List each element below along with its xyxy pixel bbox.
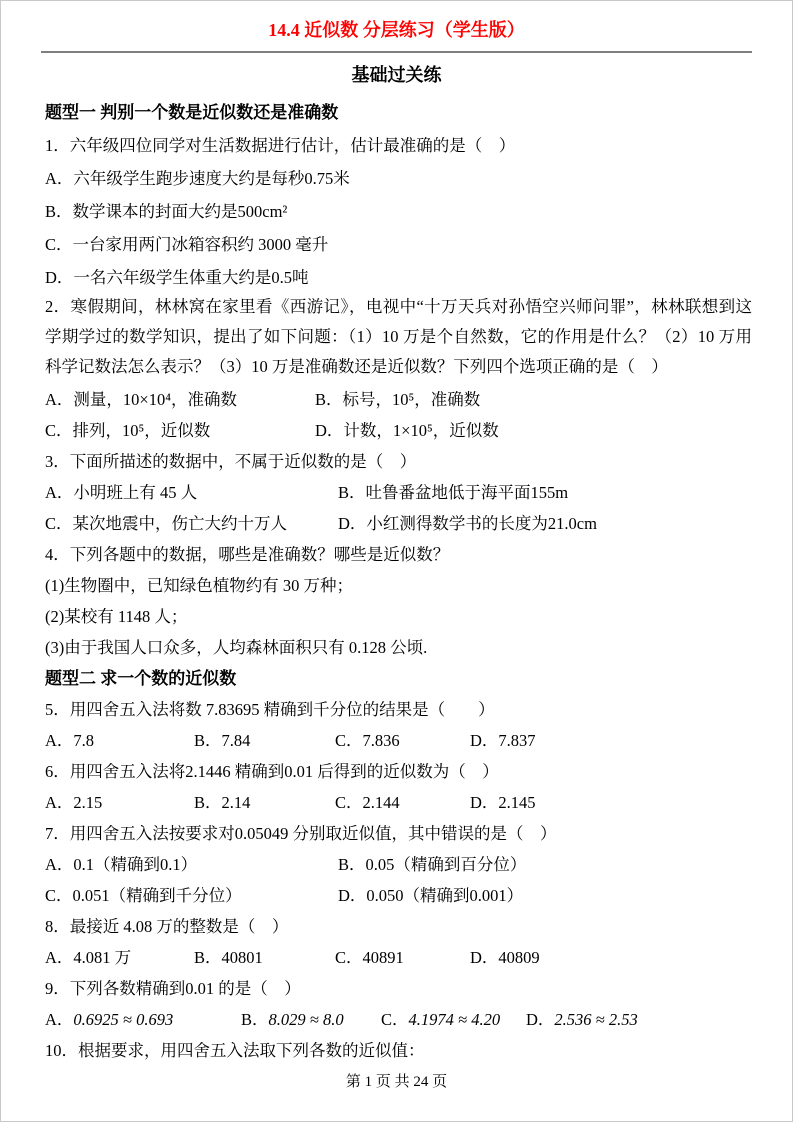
- q9-option-d: D．2.536 ≈ 2.53: [526, 1006, 752, 1030]
- q8-option-d: D．40809: [470, 944, 752, 968]
- q3-option-a: A．小明班上有 45 人: [45, 479, 338, 503]
- q6-option-c: C．2.144: [335, 789, 470, 813]
- topic2-heading: 题型二 求一个数的近似数: [45, 661, 752, 692]
- q9-option-b-label: B．: [241, 1010, 269, 1029]
- doc-title: 14.4 近似数 分层练习（学生版）: [1, 17, 792, 43]
- q2-options-row-1: A．测量，10×10⁴，准确数 B．标号，10⁵，准确数: [45, 382, 752, 413]
- q9-option-a-value: 0.6925 ≈ 0.693: [73, 1010, 173, 1029]
- q2-option-d: D．计数，1×10⁵，近似数: [315, 417, 752, 441]
- section-heading: 基础过关练: [1, 62, 792, 88]
- q5-options-row: A．7.8 B．7.84 C．7.836 D．7.837: [45, 723, 752, 754]
- q5-option-a: A．7.8: [45, 727, 194, 751]
- q3-options-row-1: A．小明班上有 45 人 B．吐鲁番盆地低于海平面155m: [45, 475, 752, 506]
- q9-option-c: C．4.1974 ≈ 4.20: [381, 1006, 526, 1030]
- q8-option-a: A．4.081 万: [45, 944, 194, 968]
- q10-stem: 10．根据要求，用四舍五入法取下列各数的近似值：: [45, 1033, 752, 1064]
- q7-option-b: B．0.05（精确到百分位）: [338, 851, 752, 875]
- q9-stem: 9．下列各数精确到0.01 的是（ ）: [45, 971, 752, 1002]
- q5-option-d: D．7.837: [470, 727, 752, 751]
- q1-option-d: D．一名六年级学生体重大约是0.5吨: [45, 259, 752, 292]
- q2-option-c: C．排列，10⁵，近似数: [45, 417, 315, 441]
- q3-option-d: D．小红测得数学书的长度为21.0cm: [338, 510, 752, 534]
- q4-part-3: (3)由于我国人口众多，人均森林面积只有 0.128 公顷.: [45, 630, 752, 661]
- q3-option-c: C．某次地震中，伤亡大约十万人: [45, 510, 338, 534]
- q2-stem: 2．寒假期间，林林窝在家里看《西游记》，电视中“十万天兵对孙悟空兴师问罪”，林林…: [45, 292, 752, 382]
- topic1-heading: 题型一 判别一个数是近似数还是准确数: [45, 94, 752, 127]
- q5-stem: 5．用四舍五入法将数 7.83695 精确到千分位的结果是（ ）: [45, 692, 752, 723]
- q6-options-row: A．2.15 B．2.14 C．2.144 D．2.145: [45, 785, 752, 816]
- q3-stem: 3．下面所描述的数据中，不属于近似数的是（ ）: [45, 444, 752, 475]
- q4-stem: 4．下列各题中的数据，哪些是准确数？哪些是近似数？: [45, 537, 752, 568]
- q1-stem: 1．六年级四位同学对生活数据进行估计，估计最准确的是（ ）: [45, 127, 752, 160]
- q1-option-c: C．一台家用两门冰箱容积约 3000 毫升: [45, 226, 752, 259]
- q3-option-b: B．吐鲁番盆地低于海平面155m: [338, 479, 752, 503]
- q4-part-1: (1)生物圈中，已知绿色植物约有 30 万种；: [45, 568, 752, 599]
- q7-stem: 7．用四舍五入法按要求对0.05049 分别取近似值，其中错误的是（ ）: [45, 816, 752, 847]
- q7-option-a: A．0.1（精确到0.1）: [45, 851, 338, 875]
- q8-stem: 8．最接近 4.08 万的整数是（ ）: [45, 909, 752, 940]
- q7-options-row-2: C．0.051（精确到千分位） D．0.050（精确到0.001）: [45, 878, 752, 909]
- worksheet-page: 14.4 近似数 分层练习（学生版） 基础过关练 题型一 判别一个数是近似数还是…: [0, 0, 793, 1122]
- q9-options-row: A．0.6925 ≈ 0.693 B．8.029 ≈ 8.0 C．4.1974 …: [45, 1002, 752, 1033]
- q9-option-a-label: A．: [45, 1010, 73, 1029]
- q6-option-b: B．2.14: [194, 789, 335, 813]
- q9-option-d-label: D．: [526, 1010, 554, 1029]
- q7-option-d: D．0.050（精确到0.001）: [338, 882, 752, 906]
- q6-option-a: A．2.15: [45, 789, 194, 813]
- page-footer: 第 1 页 共 24 页: [1, 1070, 792, 1091]
- q8-option-b: B．40801: [194, 944, 335, 968]
- q8-option-c: C．40891: [335, 944, 470, 968]
- q2-option-b: B．标号，10⁵，准确数: [315, 386, 752, 410]
- q9-option-a: A．0.6925 ≈ 0.693: [45, 1006, 241, 1030]
- q9-option-b: B．8.029 ≈ 8.0: [241, 1006, 381, 1030]
- q5-option-c: C．7.836: [335, 727, 470, 751]
- q8-options-row: A．4.081 万 B．40801 C．40891 D．40809: [45, 940, 752, 971]
- q6-stem: 6．用四舍五入法将2.1446 精确到0.01 后得到的近似数为（ ）: [45, 754, 752, 785]
- q3-options-row-2: C．某次地震中，伤亡大约十万人 D．小红测得数学书的长度为21.0cm: [45, 506, 752, 537]
- q9-option-c-label: C．: [381, 1010, 409, 1029]
- worksheet-content: 题型一 判别一个数是近似数还是准确数 1．六年级四位同学对生活数据进行估计，估计…: [1, 88, 792, 1064]
- q1-option-a: A．六年级学生跑步速度大约是每秒0.75米: [45, 160, 752, 193]
- q7-options-row-1: A．0.1（精确到0.1） B．0.05（精确到百分位）: [45, 847, 752, 878]
- q6-option-d: D．2.145: [470, 789, 752, 813]
- q4-part-2: (2)某校有 1148 人；: [45, 599, 752, 630]
- q2-option-a: A．测量，10×10⁴，准确数: [45, 386, 315, 410]
- q9-option-d-value: 2.536 ≈ 2.53: [554, 1010, 637, 1029]
- q5-option-b: B．7.84: [194, 727, 335, 751]
- q1-option-b: B．数学课本的封面大约是500cm²: [45, 193, 752, 226]
- q7-option-c: C．0.051（精确到千分位）: [45, 882, 338, 906]
- q9-option-c-value: 4.1974 ≈ 4.20: [409, 1010, 501, 1029]
- q9-option-b-value: 8.029 ≈ 8.0: [269, 1010, 344, 1029]
- q2-options-row-2: C．排列，10⁵，近似数 D．计数，1×10⁵，近似数: [45, 413, 752, 444]
- title-divider: [41, 51, 752, 53]
